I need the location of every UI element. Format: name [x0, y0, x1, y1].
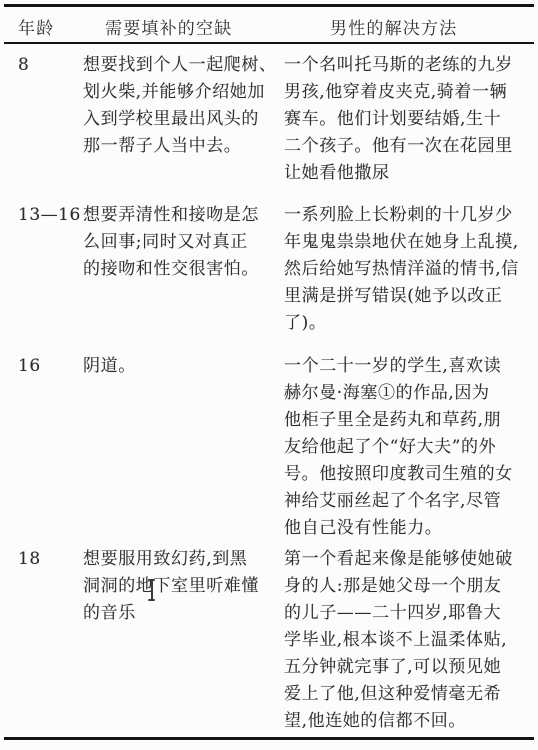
header-gap-to-fill: 需要填补的空缺: [105, 14, 232, 39]
age-cell: 18: [18, 546, 80, 573]
text-cursor-icon: [146, 579, 157, 601]
gap-cell: 想要弄清性和接吻是怎 么回事;同时又对真正 的接吻和性交很害怕。: [83, 202, 285, 283]
solution-cell: 一个名叫托马斯的老练的九岁 男孩,他穿着皮夹克,骑着一辆 赛车。他们计划要结婚,…: [284, 52, 538, 187]
scanned-book-table-page: 年龄 需要填补的空缺 男性的解决方法 8 想要找到个人一起爬树、 划火柴,并能够…: [0, 0, 538, 750]
solution-cell: 一系列脸上长粉刺的十几岁少 年鬼鬼祟祟地伏在她身上乱摸, 然后给她写热情洋溢的情…: [284, 202, 538, 337]
table-header-rule: [4, 42, 534, 44]
text-cursor-stem: [151, 580, 153, 600]
header-male-solution: 男性的解决方法: [330, 14, 457, 39]
solution-cell: 第一个看起来像是能够使她破 身的人:那是她父母一个朋友 的儿子——二十四岁,耶鲁…: [284, 546, 538, 735]
age-cell: 8: [18, 52, 80, 79]
age-cell: 16: [18, 353, 80, 380]
gap-cell: 想要服用致幻药,到黑 洞洞的地下室里听难懂 的音乐: [83, 546, 285, 627]
header-age: 年龄: [18, 14, 54, 39]
table-top-rule: [4, 4, 534, 7]
gap-cell: 阴道。: [83, 353, 285, 380]
age-cell: 13—16: [18, 202, 80, 229]
gap-cell: 想要找到个人一起爬树、 划火柴,并能够介绍她加 入到学校里最出风头的 那一帮子人…: [83, 52, 285, 160]
table-bottom-rule: [4, 737, 534, 740]
solution-cell: 一个二十一岁的学生,喜欢读 赫尔曼·海塞①的作品,因为 他柜子里全是药丸和草药,…: [284, 353, 538, 542]
table-header-row: 年龄 需要填补的空缺 男性的解决方法: [0, 14, 538, 38]
